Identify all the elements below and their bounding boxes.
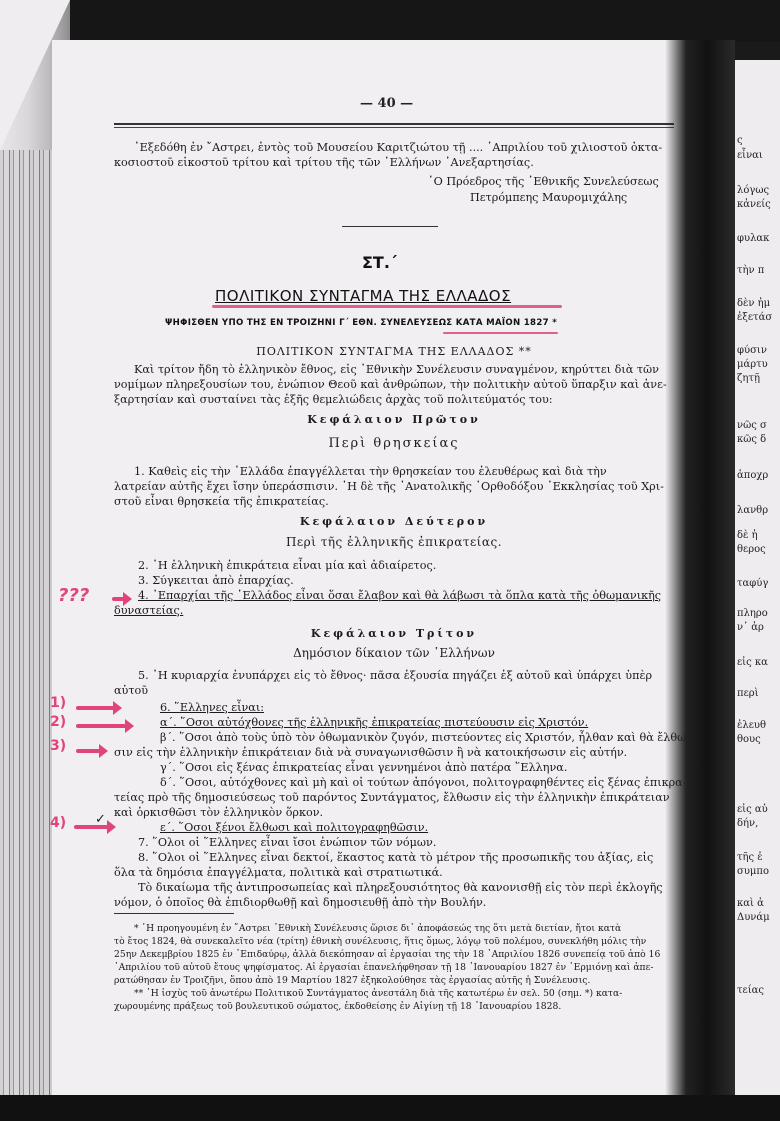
- adjacent-fragment: κἀνείς: [737, 199, 771, 210]
- adjacent-fragment: περὶ: [737, 688, 759, 699]
- signature-title: ῾Ο Πρόεδρος τῆς ᾿Εθνικῆς Συνελεύσεως: [428, 174, 659, 189]
- adjacent-fragment: εἰς αὐ: [737, 804, 768, 815]
- article-line: 1. Καθεὶς εἰς τὴν ῾Ελλάδα ἐπαγγέλλεται τ…: [134, 464, 607, 479]
- adjacent-fragment: πληρο: [737, 608, 768, 619]
- chapter-3-subheading: Δημόσιον δίκαιον τῶν ῾Ελλήνων: [114, 646, 674, 661]
- chapter-3-heading: Κεφάλαιον Τρίτον: [114, 626, 674, 641]
- page-gutter-shadow: [665, 40, 735, 1110]
- footnote-line: ᾿Απριλίου τοῦ αὐτοῦ ἔτους ψηφίσματος. Αἱ…: [114, 961, 653, 974]
- adjacent-fragment: καὶ ἀ: [737, 898, 764, 909]
- adjacent-fragment: τείας: [737, 985, 764, 996]
- document-title: ΠΟΛΙΤΙΚΟΝ ΣΥΝΤΑΓΜΑ ΤΗΣ ΕΛΛΑΔΟΣ: [215, 287, 511, 305]
- adjacent-fragment: φυλακ: [737, 233, 769, 244]
- preamble-line: νομίμων πληρεξουσίων του, ἐνώπιον Θεοῦ κ…: [114, 377, 667, 392]
- page-stack-edge: [0, 150, 52, 1100]
- heading-2: ΠΟΛΙΤΙΚΟΝ ΣΥΝΤΑΓΜΑ ΤΗΣ ΕΛΛΑΔΟΣ **: [114, 344, 674, 359]
- annotation-number-1: 1): [50, 695, 66, 711]
- adjacent-fragment: νῶς σ: [737, 420, 767, 431]
- annotation-number-3: 3): [50, 738, 66, 754]
- article-line-underlined: α΄. ῞Οσοι αὐτόχθονες τῆς ἑλληνικῆς ἐπικρ…: [160, 715, 588, 730]
- article-line: λατρείαν αὐτῆς ἔχει ἴσην ὑπεράσπισιν. ῾Η…: [114, 479, 664, 494]
- highlight-date: [443, 332, 558, 334]
- annotation-number-4: 4): [50, 815, 66, 831]
- footnote-line: * ῾Η προηγουμένη ἐν ῎Αστρει ᾿Εθνικὴ Συνέ…: [134, 922, 621, 935]
- adjacent-page: ς εἶναι λόγως κἀνείς φυλακ τὴν π δὲν ἠμ …: [735, 60, 780, 1100]
- annotation-arrow-icon: [76, 706, 116, 710]
- adjacent-fragment: φύσιν: [737, 345, 767, 356]
- article-line: 8. ῞Ολοι οἱ ῞Ελληνες εἶναι δεκτοί, ἕκαστ…: [138, 850, 653, 865]
- chapter-1-heading: Κεφάλαιον Πρῶτον: [114, 412, 674, 427]
- section-divider: [342, 226, 438, 227]
- colophon-line: κοσιοστοῦ εἰκοστοῦ τρίτου καὶ τρίτου τῆς…: [114, 155, 534, 170]
- article-line: τείας πρὸ τῆς δημοσιεύσεως τοῦ παρόντος …: [114, 790, 670, 805]
- adjacent-fragment: θερος: [737, 544, 766, 555]
- article-line: νόμον, ὁ ὁποῖος θὰ ἐπιδιορθωθῇ καὶ δημοσ…: [114, 895, 486, 910]
- article-line-underlined: ε΄. ῞Οσοι ξένοι ἔλθωσι καὶ πολιτογραφηθῶ…: [160, 820, 428, 835]
- chapter-2-subheading: Περὶ τῆς ἑλληνικῆς ἐπικρατείας.: [114, 535, 674, 550]
- adjacent-fragment: ἐλευθ: [737, 720, 766, 731]
- scan-bottom-border: [0, 1095, 780, 1121]
- article-line: 5. ῾Η κυριαρχία ἐνυπάρχει εἰς τὸ ἔθνος· …: [138, 668, 652, 683]
- article-line: καὶ ὁρκισθῶσι τὸν ἑλληνικὸν ὅρκον.: [114, 805, 323, 820]
- colophon-line: ᾿Εξεδόθη ἐν ῎Αστρει, ἐντὸς τοῦ Μουσείου …: [134, 140, 662, 155]
- highlight-title: [212, 305, 562, 308]
- annotation-question-marks: ???: [58, 585, 89, 606]
- article-line: δ΄. ῞Οσοι, αὐτόχθονες καὶ μὴ καὶ οἱ τούτ…: [160, 775, 686, 790]
- footnote-line: τὸ ἔτος 1824, θὰ συνεκαλεῖτο νέα (τρίτη)…: [114, 935, 646, 948]
- adjacent-fragment: Δυνάμ: [737, 912, 770, 923]
- adjacent-fragment: συμπο: [737, 866, 769, 877]
- footnote-rule: [114, 913, 234, 914]
- checkmark-icon: ✓: [95, 812, 106, 827]
- annotation-arrow-icon: [76, 724, 128, 728]
- document-subtitle: ΨΗΦΙΣΘΕΝ ΥΠΟ ΤΗΣ ΕΝ ΤΡΟΙΖΗΝΙ Γ΄ ΕΘΝ. ΣΥΝ…: [165, 318, 557, 328]
- article-line: 3. Σύγκειται ἀπὸ ἐπαρχίας.: [138, 573, 294, 588]
- preamble-line: ξαρτησίαν καὶ συσταίνει τὰς ἑξῆς θεμελιώ…: [114, 392, 553, 407]
- adjacent-fragment: θους: [737, 734, 761, 745]
- adjacent-fragment: εἶναι: [737, 150, 763, 161]
- adjacent-fragment: κῶς δ: [737, 434, 766, 445]
- adjacent-fragment: ς: [737, 135, 743, 146]
- article-line: σιν εἰς τὴν ἑλληνικὴν ἐπικράτειαν διὰ νὰ…: [114, 745, 627, 760]
- adjacent-fragment: τῆς ἐ: [737, 852, 763, 863]
- adjacent-fragment: δήν,: [737, 818, 758, 829]
- chapter-2-heading: Κεφάλαιον Δεύτερον: [114, 514, 674, 529]
- footnote-line: ρατώθησαν ἐν Τροιζῆνι, ὅπου ἀπὸ 19 Μαρτί…: [114, 974, 590, 987]
- adjacent-fragment: λόγως: [737, 185, 769, 196]
- adjacent-fragment: τὴν π: [737, 265, 764, 276]
- preamble-line: Καὶ τρίτον ἤδη τὸ ἑλληνικὸν ἔθνος, εἰς ᾿…: [134, 362, 659, 377]
- article-line: ὅλα τὰ δημόσια ἐπαγγέλματα, πολιτικὰ καὶ…: [114, 865, 443, 880]
- footnote-line: χωρουμένης πράξεως τοῦ βουλευτικοῦ σώματ…: [114, 1000, 561, 1013]
- article-line: αὐτοῦ: [114, 683, 148, 698]
- article-line: 7. ῞Ολοι οἱ ῞Ελληνες εἶναι ἴσοι ἐνώπιον …: [138, 835, 436, 850]
- scan-top-border: [0, 0, 780, 42]
- article-line: β΄. ῞Οσοι ἀπὸ τοὺς ὑπὸ τὸν ὀθωμανικὸν ζυ…: [160, 730, 690, 745]
- adjacent-fragment: εἰς κα: [737, 657, 768, 668]
- adjacent-fragment: ζητῇ: [737, 373, 760, 384]
- article-line: Τὸ δικαίωμα τῆς ἀντιπροσωπείας καὶ πληρε…: [138, 880, 663, 895]
- annotation-arrow-icon: [112, 597, 126, 601]
- adjacent-fragment: ν᾿ ἀρ: [737, 622, 764, 633]
- page-number: — 40 —: [360, 96, 413, 111]
- annotation-number-2: 2): [50, 714, 66, 730]
- article-line: γ΄. ῞Οσοι εἰς ξένας ἐπικρατείας εἶναι γε…: [160, 760, 567, 775]
- article-line: 2. ῾Η ἑλληνικὴ ἐπικράτεια εἶναι μία καὶ …: [138, 558, 436, 573]
- annotation-arrow-icon: [76, 749, 102, 753]
- header-rule-thin: [114, 127, 674, 128]
- chapter-1-subheading: Περὶ θρησκείας: [114, 436, 674, 451]
- signature-name: Πετρόμπεης Μαυρομιχάλης: [470, 190, 627, 205]
- footnote-line: ** ῾Η ἰσχὺς τοῦ ἀνωτέρω Πολιτικοῦ Συντάγ…: [134, 987, 622, 1000]
- article-line: στοῦ εἶναι θρησκεία τῆς ἐπικρατείας.: [114, 494, 329, 509]
- adjacent-fragment: δὲν ἠμ: [737, 298, 770, 309]
- adjacent-fragment: ἐξετάσ: [737, 312, 772, 323]
- adjacent-fragment: λανθρ: [737, 505, 768, 516]
- section-mark: ΣΤ.΄: [362, 253, 397, 272]
- header-rule: [114, 123, 674, 125]
- footnote-line: 25ην Δεκεμβρίου 1825 ἐν ᾿Επιδαύρῳ, ἀλλὰ …: [114, 948, 660, 961]
- article-line-underlined: 4. ᾿Επαρχίαι τῆς ῾Ελλάδος εἶναι ὅσαι ἔλα…: [138, 588, 661, 603]
- adjacent-fragment: μάρτυ: [737, 359, 768, 370]
- article-line-underlined: 6. ῞Ελληνες εἶναι:: [160, 700, 264, 715]
- adjacent-fragment: δὲ ἡ: [737, 530, 758, 541]
- adjacent-fragment: ταφύγ: [737, 578, 768, 589]
- adjacent-fragment: ἀποχρ: [737, 470, 768, 481]
